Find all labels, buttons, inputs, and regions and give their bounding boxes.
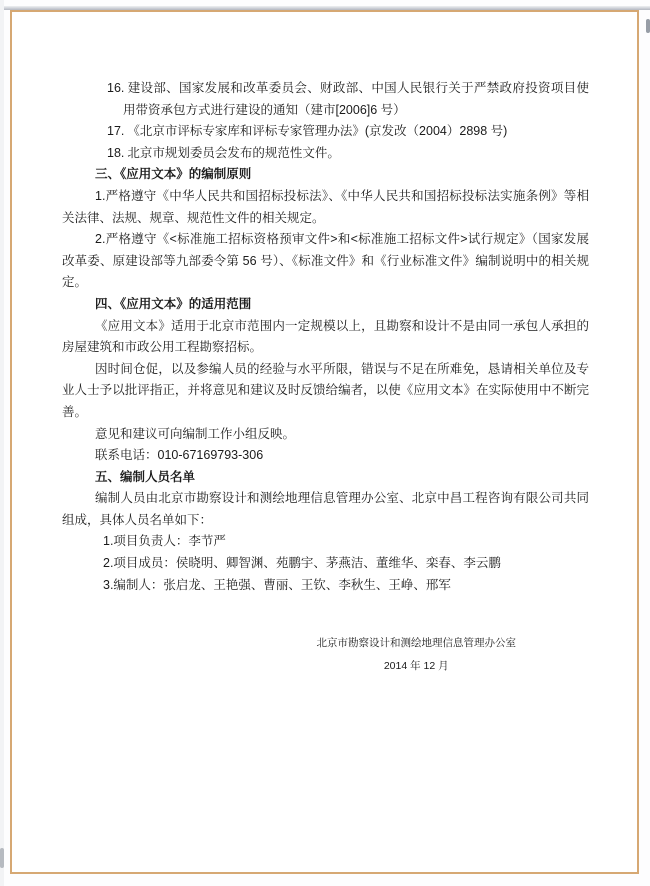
signature-date: 2014 年 12 月 (317, 655, 517, 678)
section4-paragraph-2: 因时间仓促，以及参编人员的经验与水平所限，错误与不足在所难免，恳请相关单位及专业… (62, 359, 589, 424)
signature-block: 北京市勘察设计和测绘地理信息管理办公室 2014 年 12 月 (317, 632, 517, 678)
legal-item-17-number: 17. (107, 124, 124, 138)
left-scrollbar-track (0, 0, 4, 886)
legal-item-18-text: 北京市规划委员会发布的规范性文件。 (127, 146, 340, 160)
legal-item-18-number: 18. (107, 146, 124, 160)
personnel-item-3: 3.编制人：张启龙、王艳强、曹丽、王钦、李秋生、王峥、邢军 (62, 575, 589, 597)
contact-phone: 联系电话：010-67169793-306 (62, 445, 589, 467)
right-scrollbar-thumb[interactable] (646, 19, 650, 33)
section3-paragraph-2: 2.严格遵守《<标准施工招标资格预审文件>和<标准施工招标文件>试行规定》（国家… (62, 229, 589, 294)
personnel-item-2: 2.项目成员：侯晓明、卿智渊、苑鹏宇、茅燕洁、董维华、栾春、李云鹏 (62, 553, 589, 575)
section3-heading: 三、《应用文本》的编制原则 (62, 164, 589, 186)
document-page: 16.建设部、国家发展和改革委员会、财政部、中国人民银行关于严禁政府投资项目使用… (10, 10, 639, 874)
screenshot-stage: 16.建设部、国家发展和改革委员会、财政部、中国人民银行关于严禁政府投资项目使用… (0, 0, 650, 886)
legal-item-17: 17.《北京市评标专家库和评标专家管理办法》(京发改（2004）2898 号) (62, 121, 589, 143)
legal-item-17-text: 《北京市评标专家库和评标专家管理办法》(京发改（2004）2898 号) (127, 124, 507, 138)
section5-paragraph-1: 编制人员由北京市勘察设计和测绘地理信息管理办公室、北京中昌工程咨询有限公司共同组… (62, 488, 589, 531)
legal-item-16: 16.建设部、国家发展和改革委员会、财政部、中国人民银行关于严禁政府投资项目使用… (62, 78, 589, 121)
section4-paragraph-1: 《应用文本》适用于北京市范围内一定规模以上，且勘察和设计不是由同一承包人承担的房… (62, 316, 589, 359)
legal-item-18: 18.北京市规划委员会发布的规范性文件。 (62, 143, 589, 165)
section3-paragraph-1: 1.严格遵守《中华人民共和国招标投标法》、《中华人民共和国招标投标法实施条例》等… (62, 186, 589, 229)
section5-heading: 五、编制人员名单 (62, 467, 589, 489)
page-content: 16.建设部、国家发展和改革委员会、财政部、中国人民银行关于严禁政府投资项目使用… (12, 12, 637, 678)
legal-item-16-text: 建设部、国家发展和改革委员会、财政部、中国人民银行关于严禁政府投资项目使用带资承… (123, 81, 589, 117)
personnel-item-1: 1.项目负责人：李节严 (62, 531, 589, 553)
section4-paragraph-3: 意见和建议可向编制工作小组反映。 (62, 424, 589, 446)
signature-organization: 北京市勘察设计和测绘地理信息管理办公室 (317, 632, 517, 655)
left-scrollbar-thumb[interactable] (0, 848, 4, 868)
section4-heading: 四、《应用文本》的适用范围 (62, 294, 589, 316)
legal-item-16-number: 16. (107, 81, 124, 95)
